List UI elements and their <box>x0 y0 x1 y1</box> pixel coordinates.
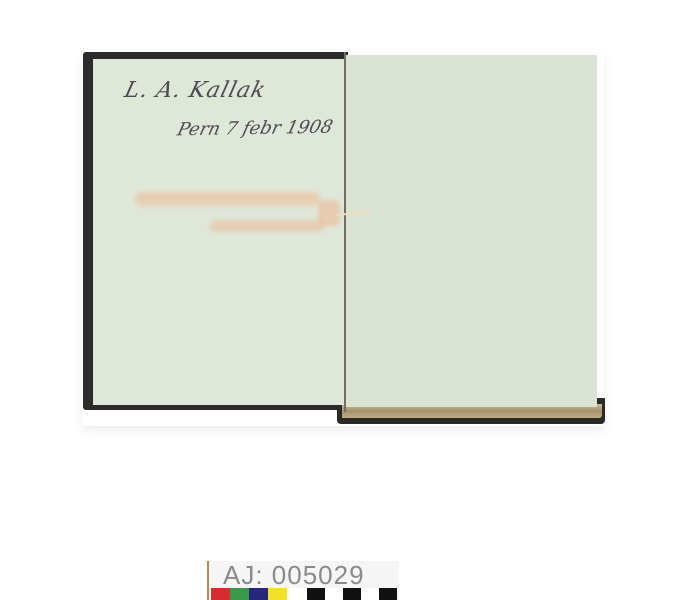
photo-scene: L. A. Kallak Pern 7 febr 1908 AJ: 005029 <box>0 0 677 600</box>
scale-bar <box>343 588 361 600</box>
swatch-yellow <box>268 588 287 600</box>
museum-label: AJ: 005029 <box>207 561 399 600</box>
right-flyleaf <box>345 55 597 407</box>
left-endpaper <box>93 59 346 405</box>
handwritten-date: Pern 7 febr 1908 <box>175 117 335 141</box>
adhesive-stain <box>318 200 340 226</box>
scale-bar <box>289 588 307 600</box>
scale-bar <box>307 588 325 600</box>
swatch-green <box>230 588 249 600</box>
scale-bar <box>379 588 397 600</box>
adhesive-stain <box>135 192 320 206</box>
swatch-red <box>211 588 230 600</box>
color-calibration-swatches <box>211 588 287 600</box>
handwritten-signature: L. A. Kallak <box>122 78 269 103</box>
scale-bar <box>325 588 343 600</box>
adhesive-stain <box>210 220 325 232</box>
scale-bars <box>289 588 397 600</box>
catalog-number: AJ: 005029 <box>223 560 365 591</box>
book-gutter <box>344 52 346 412</box>
scale-bar <box>361 588 379 600</box>
swatch-blue <box>249 588 268 600</box>
